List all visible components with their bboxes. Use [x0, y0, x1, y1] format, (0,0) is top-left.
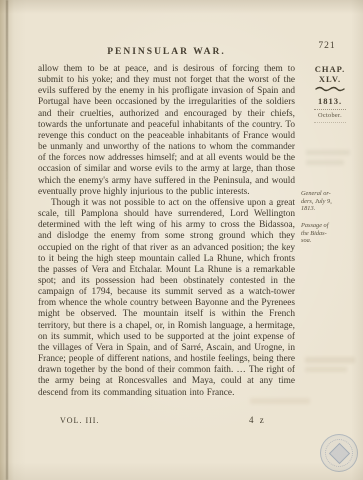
- running-title: PENINSULAR WAR.: [107, 47, 226, 57]
- margin-note-general-orders: General or- ders, July 9, 1813.: [301, 190, 357, 213]
- signature-mark: 4 z: [249, 415, 266, 425]
- scanned-book-page: PENINSULAR WAR. 721 allow them to be at …: [0, 0, 363, 480]
- chapter-number: XLV.: [301, 74, 359, 84]
- ink-bleedthrough: [250, 398, 310, 404]
- page-header: PENINSULAR WAR.: [38, 41, 295, 59]
- stamp-diamond: [329, 443, 350, 464]
- margin-year: 1813.: [301, 96, 359, 106]
- main-text-block: allow them to be at peace, and is desiro…: [38, 64, 295, 399]
- chapter-ornament-squiggle: [315, 86, 345, 92]
- ink-bleedthrough: [306, 160, 344, 165]
- margin-note-passage-bidassoa: Passage of the Bidas- soa.: [301, 222, 357, 245]
- ink-bleedthrough: [306, 150, 350, 155]
- library-stamp-icon: [320, 434, 358, 472]
- chapter-label: CHAP.: [301, 64, 359, 74]
- page-number: 721: [314, 41, 340, 51]
- margin-divider: [314, 109, 346, 110]
- margin-chapter-block: CHAP. XLV. 1813. October.: [301, 64, 359, 125]
- ink-bleedthrough: [305, 367, 347, 372]
- page-gutter-crease: [6, 0, 8, 480]
- paragraph-general-orders: allow them to be at peace, and is desiro…: [38, 64, 295, 198]
- volume-label: VOL. III.: [60, 416, 99, 425]
- margin-divider: [314, 122, 346, 123]
- margin-month: October.: [301, 112, 359, 119]
- paragraph-passage-bidassoa: Though it was not possible to act on the…: [38, 198, 295, 399]
- ink-bleedthrough: [305, 357, 355, 363]
